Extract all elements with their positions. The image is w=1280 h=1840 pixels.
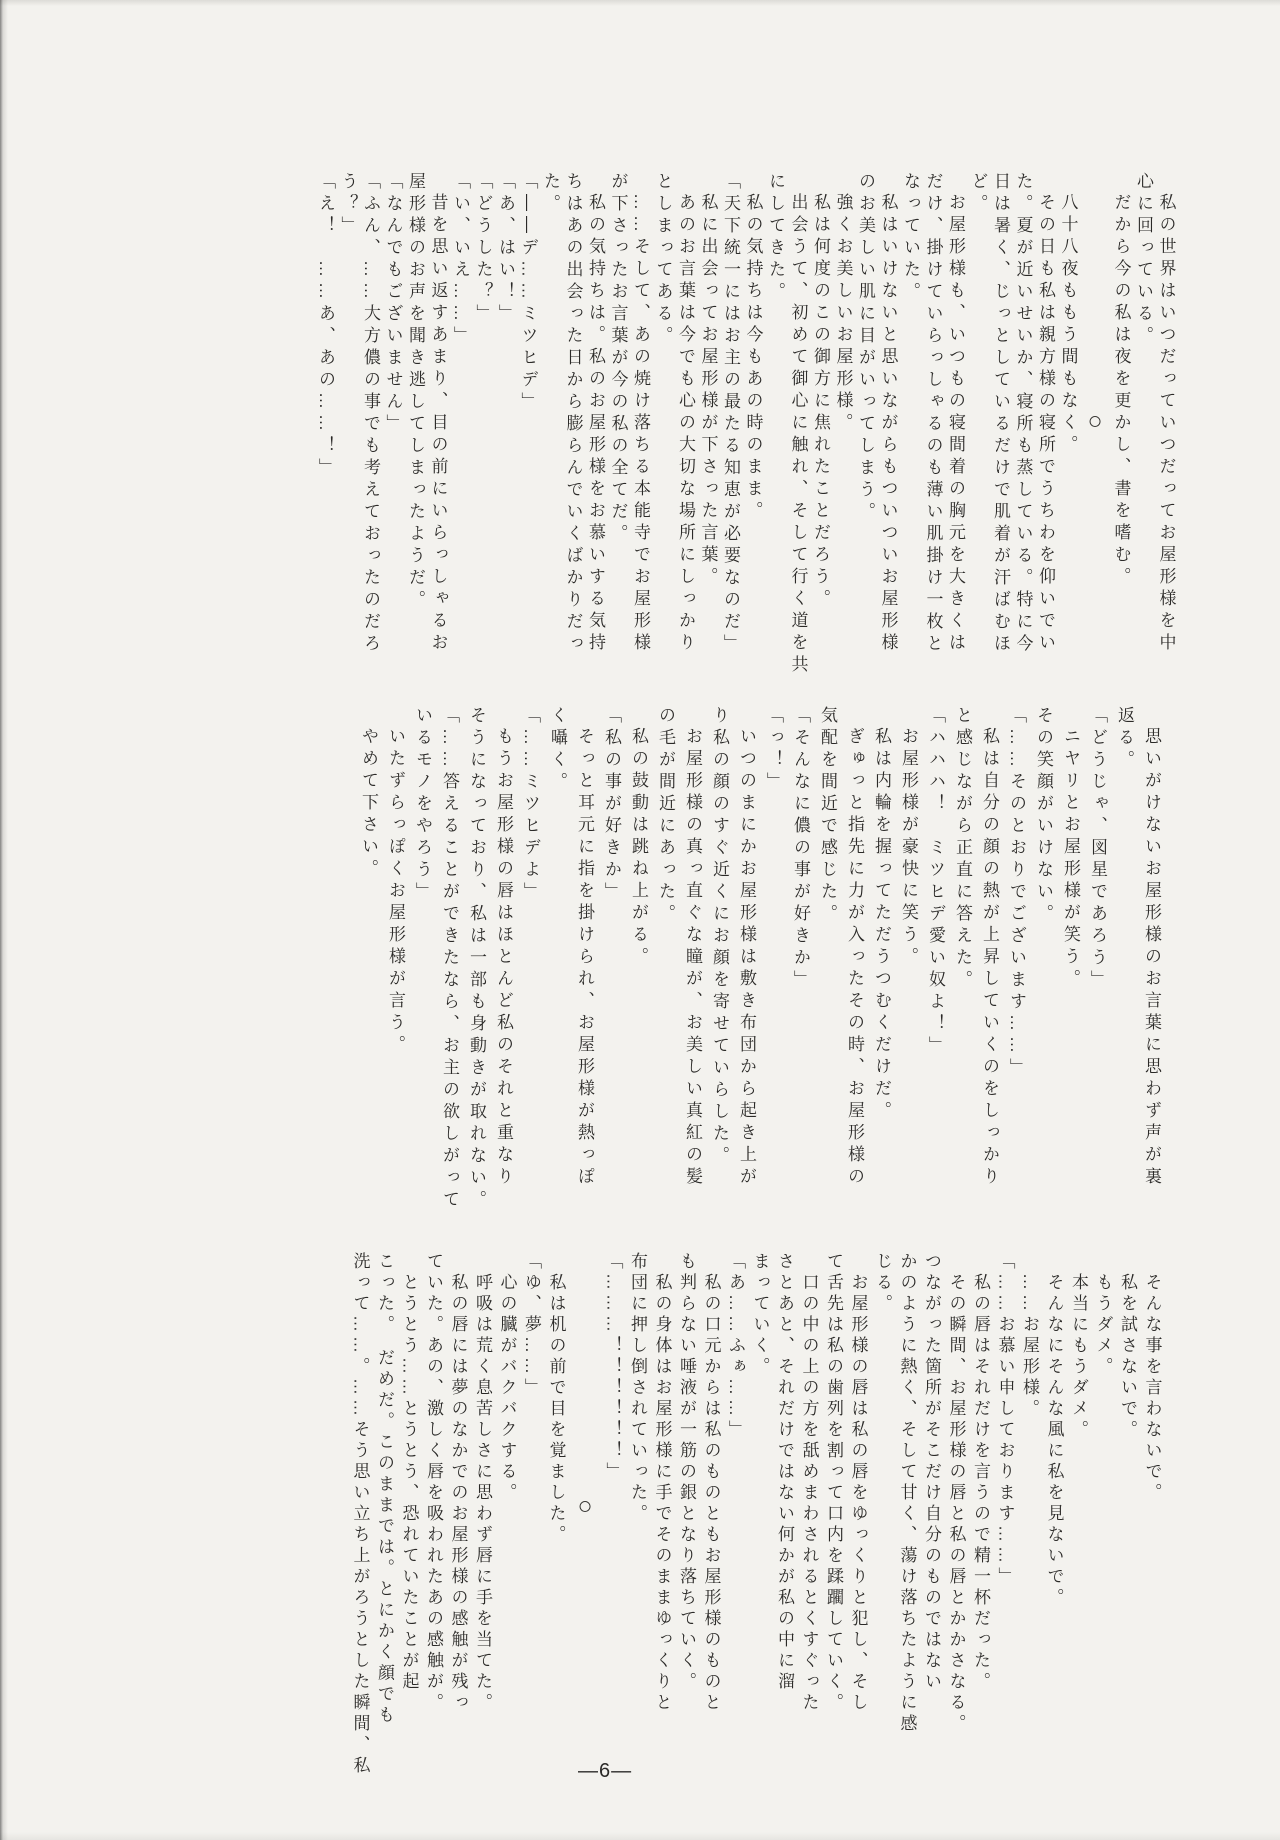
text-column: その笑顔がいけない。 [1035,706,1052,1246]
text-column: 「私の事が好きか」 [603,706,620,1246]
text-column: ……お屋形様。 [1021,1252,1038,1760]
text-column: う？」 [340,172,357,669]
text-column: 「ハハハ！ ミツヒデ愛い奴よ！」 [927,706,944,1246]
text-column: まっていく。 [752,1252,769,1760]
text-column: やめて下さい。 [360,706,377,1246]
text-column: 思いがけないお屋形様のお言葉に思わず声が裏 [1143,706,1160,1246]
text-column: た。 [542,172,559,669]
text-column: 「どうした？」 [475,172,492,669]
text-column: 「……お慕い申しております……」 [997,1252,1014,1760]
text-column: 布団に押し倒されていった。 [629,1252,646,1760]
text-column: 私の気持ちは今もあの時のまま。 [745,172,762,669]
text-column: とうとう……とうとう、恐れていたことが起 [401,1252,418,1760]
text-column: ……そして、あの焼け落ちる本能寺でお屋形様 [632,172,649,669]
text-column: だけ、掛けていらっしゃるのも薄い肌掛け一枚と [925,172,942,669]
text-column: の毛が間近にあった。 [657,706,674,1246]
text-column: 日は暑く、じっとしているだけで肌着が汗ばむほ [992,172,1009,669]
text-column: 口の中の上の方を舐めまわされるとくすぐった [801,1252,818,1760]
text-column: り私の顔のすぐ近くにお顔を寄せていらした。 [711,706,728,1246]
text-column: じる。 [874,1252,891,1760]
text-column: いたずらっぽくお屋形様が言う。 [387,706,404,1246]
text-column: 屋形様のお声を聞き逃してしまったようだ。 [407,172,424,669]
text-row-1: 私の世界はいつだっていつだってお屋形様を中心に回っている。だから今の私は夜を更か… [312,172,1181,669]
text-column: さとあと、それだけではない何かが私の中に溜 [776,1252,793,1760]
text-column: 私は自分の顔の熱が上昇していくのをしっかり [981,706,998,1246]
text-column: あのお言葉は今でも心の大切な場所にしっかり [677,172,694,669]
text-column: 私の気持ちは。私のお屋形様をお慕いする気持 [587,172,604,669]
text-column: 昔を思い返すあまり、目の前にいらっしゃるお [430,172,447,669]
text-column: ど。 [970,172,987,669]
text-column: 私に出会ってお屋形様が下さった言葉。 [700,172,717,669]
text-column: もうお屋形様の唇はほとんど私のそれと重なり [495,706,512,1246]
text-column: 「ゆ、夢……」 [523,1252,540,1760]
text-column: 強くお美しいお屋形様。 [835,172,852,669]
text-column: お屋形様が豪快に笑う。 [900,706,917,1246]
text-column: て舌先は私の歯列を割って口内を蹂躙していく。 [825,1252,842,1760]
text-column: だから今の私は夜を更かし、書を嗜む。 [1113,172,1130,669]
text-column: ちはあの出会った日から膨らんでいくばかりだっ [565,172,582,669]
text-column: 心の臓がバクバクする。 [499,1252,516,1760]
text-column: 本当にもうダメ。 [1070,1252,1087,1760]
text-column: 「……ミツヒデよ」 [522,706,539,1246]
text-column: 「ふん、……大方儂の事でも考えておったのだろ [362,172,379,669]
text-column: のお美しい肌に目がいってしまう。 [857,172,874,669]
text-column: 「い、いえ……」 [452,172,469,669]
text-column: 「なんでもございません」 [385,172,402,669]
text-column: かのように熱く、そして甘く、蕩け落ちたように感 [899,1252,916,1760]
text-column: 「……そのとおりでございます……」 [1008,706,1025,1246]
text-column: 私はいけないと思いながらもついついお屋形様 [880,172,897,669]
text-column: 返る。 [1116,706,1133,1246]
text-column: いつのまにかお屋形様は敷き布団から起き上が [738,706,755,1246]
section-divider-circle: ○ [1082,172,1107,669]
text-column: 私は内輪を握ってただうつむくだけだ。 [873,706,890,1246]
text-column: 私の身体はお屋形様に手でそのままゆっくりと [654,1252,671,1760]
text-row-3: そんな事を言わないで。私を試さないで。もうダメ。本当にもうダメ。そんなにそんな風… [344,1252,1168,1760]
text-column: 「あ、はい！」 [497,172,514,669]
text-row-2: 思いがけないお屋形様のお言葉に思わず声が裏返る。「どうじゃ、図星であろう」ニヤリ… [350,706,1170,1246]
text-column: そうになっており、私は一部も身動きが取れない。 [468,706,485,1246]
text-column: 心に回っている。 [1135,172,1152,669]
text-column: 「天下統一にはお主の最たる知恵が必要なのだ」 [722,172,739,669]
text-column: その瞬間、お屋形様の唇と私の唇とかかさなる。 [948,1252,965,1760]
text-column: 「……答えることができたなら、お主の欲しがって [441,706,458,1246]
text-column: た。夏が近いせいか、寝所も蒸している。特に今 [1015,172,1032,669]
text-column: お屋形様も、いつもの寝間着の胸元を大きくは [947,172,964,669]
text-column: 私の唇には夢のなかでのお屋形様の感触が残っ [450,1252,467,1760]
text-column: 私の口元からは私のものともお屋形様のものと [703,1252,720,1760]
text-column: 八十八夜ももう間もなく。 [1060,172,1077,669]
text-column: ぎゅっと指先に力が入ったその時、お屋形様の [846,706,863,1246]
text-column: も判らない唾液が一筋の銀となり落ちていく。 [678,1252,695,1760]
text-column: 「そんなに儂の事が好きか」 [792,706,809,1246]
text-column: こった。 だめだ。このままでは。とにかく顔でも [376,1252,393,1760]
text-column: と感じながら正直に答えた。 [954,706,971,1246]
text-column: もうダメ。 [1095,1252,1112,1760]
text-column: 私は何度のこの御方に焦れたことだろう。 [812,172,829,669]
text-column: 「………！！！！！！」 [605,1252,622,1760]
text-column: なっていた。 [902,172,919,669]
text-column: 私の鼓動は跳ね上がる。 [630,706,647,1246]
text-column: その日も私は親方様の寝所でうちわを仰いでい [1037,172,1054,669]
text-column: そっと耳元に指を掛けられ、お屋形様が熱っぽ [576,706,593,1246]
text-column: 出会うて、初めて御心に触れ、そして行く道を共 [790,172,807,669]
text-column: 「っ！」 [765,706,782,1246]
text-column: お屋形様の真っ直ぐな瞳が、お美しい真紅の髪 [684,706,701,1246]
text-column: にしてきた。 [767,172,784,669]
text-column: としまってある。 [655,172,672,669]
text-column: 「え！ ……あ、あの……！」 [317,172,334,669]
text-column: 私を試さないで。 [1119,1252,1136,1760]
scanned-book-page: 私の世界はいつだっていつだってお屋形様を中心に回っている。だから今の私は夜を更か… [0,0,1280,1840]
text-column: 「どうじゃ、図星であろう」 [1089,706,1106,1246]
text-column: いるモノをやろう」 [414,706,431,1246]
text-column: 私は机の前で目を覚ました。 [548,1252,565,1760]
text-column: 私の唇はそれだけを言うので精一杯だった。 [972,1252,989,1760]
text-column: く囁く。 [549,706,566,1246]
text-column: 呼吸は荒く息苦しさに思わず唇に手を当てた。 [474,1252,491,1760]
text-column: 「――デ……ミツヒデ」 [520,172,537,669]
text-column: 気配を間近で感じた。 [819,706,836,1246]
text-column: そんな事を言わないで。 [1144,1252,1161,1760]
section-divider-circle: ○ [572,1252,597,1760]
text-column: が下さったお言葉が今の私の全てだ。 [610,172,627,669]
text-column: 洗って……。……そう思い立ち上がろうとした瞬間、私 [352,1252,369,1760]
text-column: ていた。あの、激しく唇を吸われたあの感触が。 [425,1252,442,1760]
text-column: そんなにそんな風に私を見ないで。 [1046,1252,1063,1760]
text-column: つながった箇所がそこだけ自分のものではない [923,1252,940,1760]
text-column: ニヤリとお屋形様が笑う。 [1062,706,1079,1246]
text-column: お屋形様の唇は私の唇をゆっくりと犯し、そし [850,1252,867,1760]
page-number: ―6― [578,1760,632,1783]
text-column: 私の世界はいつだっていつだってお屋形様を中 [1158,172,1175,669]
text-column: 「あ……ふぁ……」 [727,1252,744,1760]
